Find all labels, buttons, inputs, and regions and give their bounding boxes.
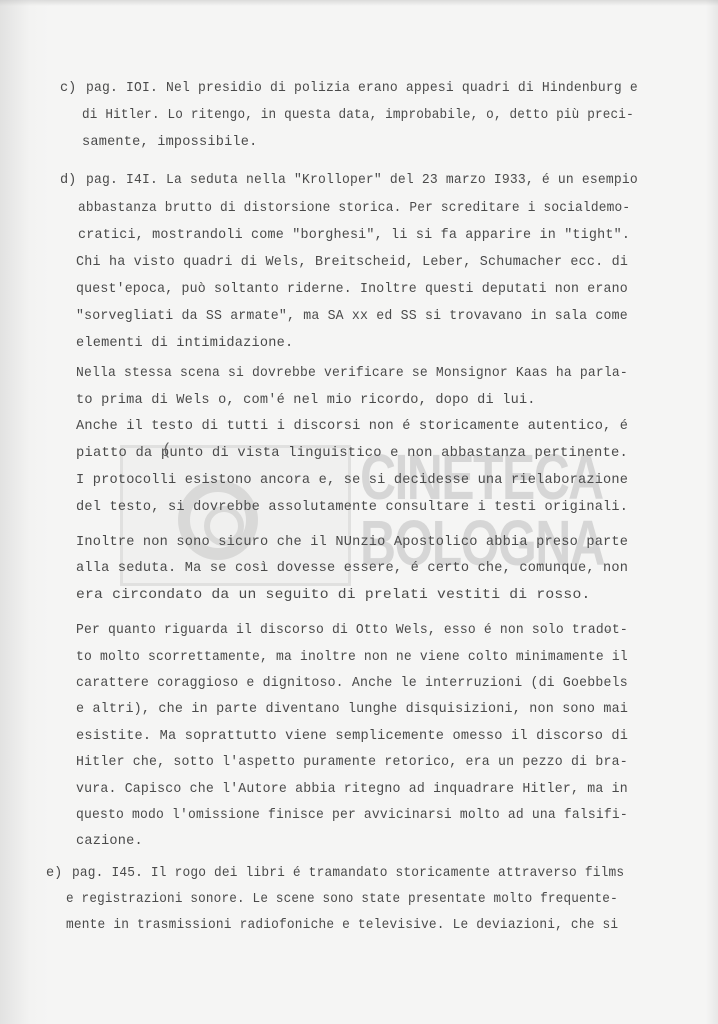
text-line: questo modo l'omissione finisce per avvi…: [76, 808, 628, 824]
text-line: quest'epoca, può soltanto riderne. Inolt…: [76, 282, 628, 298]
text-line: I protocolli esistono ancora e, se si de…: [76, 473, 628, 489]
text-line: abbastanza brutto di distorsione storica…: [78, 201, 630, 217]
scanned-page: CINETECA BOLOGNA c) pag. IOI. Nel presid…: [0, 0, 718, 1024]
text-line: Hitler che, sotto l'aspetto puramente re…: [76, 755, 628, 771]
section-label-d: d): [60, 173, 76, 189]
text-line: carattere coraggioso e dignitoso. Anche …: [76, 676, 628, 692]
text-line: "sorvegliati da SS armate", ma SA xx ed …: [76, 309, 628, 325]
text-line: Inoltre non sono sicuro che il NUnzio Ap…: [76, 535, 628, 551]
margin-arrow-icon: →: [604, 623, 611, 635]
text-line: Nella stessa scena si dovrebbe verificar…: [76, 366, 628, 382]
text-line: piatto da punto di vista linguistico e n…: [76, 446, 628, 462]
text-line: del testo, si dovrebbe assolutamente con…: [76, 500, 628, 516]
text-line: Per quanto riguarda il discorso di Otto …: [76, 623, 628, 639]
section-label-c: c): [60, 81, 76, 97]
text-line: elementi di intimidazione.: [76, 336, 293, 352]
text-line: Chi ha visto quadri di Wels, Breitscheid…: [76, 255, 628, 271]
text-line: to prima di Wels o, com'é nel mio ricord…: [76, 393, 536, 409]
handwritten-correction-mark: (: [162, 444, 172, 456]
text-line: pag. I45. Il rogo dei libri é tramandato…: [72, 866, 624, 882]
text-line: mente in trasmissioni radiofoniche e tel…: [66, 918, 618, 934]
text-line: e registrazioni sonore. Le scene sono st…: [66, 892, 618, 908]
text-line: samente, impossibile.: [82, 135, 258, 151]
text-line: vura. Capisco che l'Autore abbia ritegno…: [76, 782, 628, 798]
text-line: di Hitler. Lo ritengo, in questa data, i…: [82, 108, 634, 124]
text-line: pag. IOI. Nel presidio di polizia erano …: [86, 81, 638, 97]
text-line: e altri), che in parte diventano lunghe …: [76, 702, 628, 718]
text-line: era circondato da un seguito di prelati …: [76, 588, 591, 604]
text-line: alla seduta. Ma se così dovesse essere, …: [76, 561, 628, 577]
section-label-e: e): [46, 866, 62, 882]
text-line: pag. I4I. La seduta nella "Krolloper" de…: [86, 173, 638, 189]
text-line: to molto scorrettamente, ma inoltre non …: [76, 650, 628, 666]
text-line: cratici, mostrandoli come "borghesi", li…: [78, 228, 630, 244]
text-line: Anche il testo di tutti i discorsi non é…: [76, 419, 628, 435]
text-line: cazione.: [76, 834, 143, 850]
text-line: esistite. Ma soprattutto viene semplicem…: [76, 729, 628, 745]
